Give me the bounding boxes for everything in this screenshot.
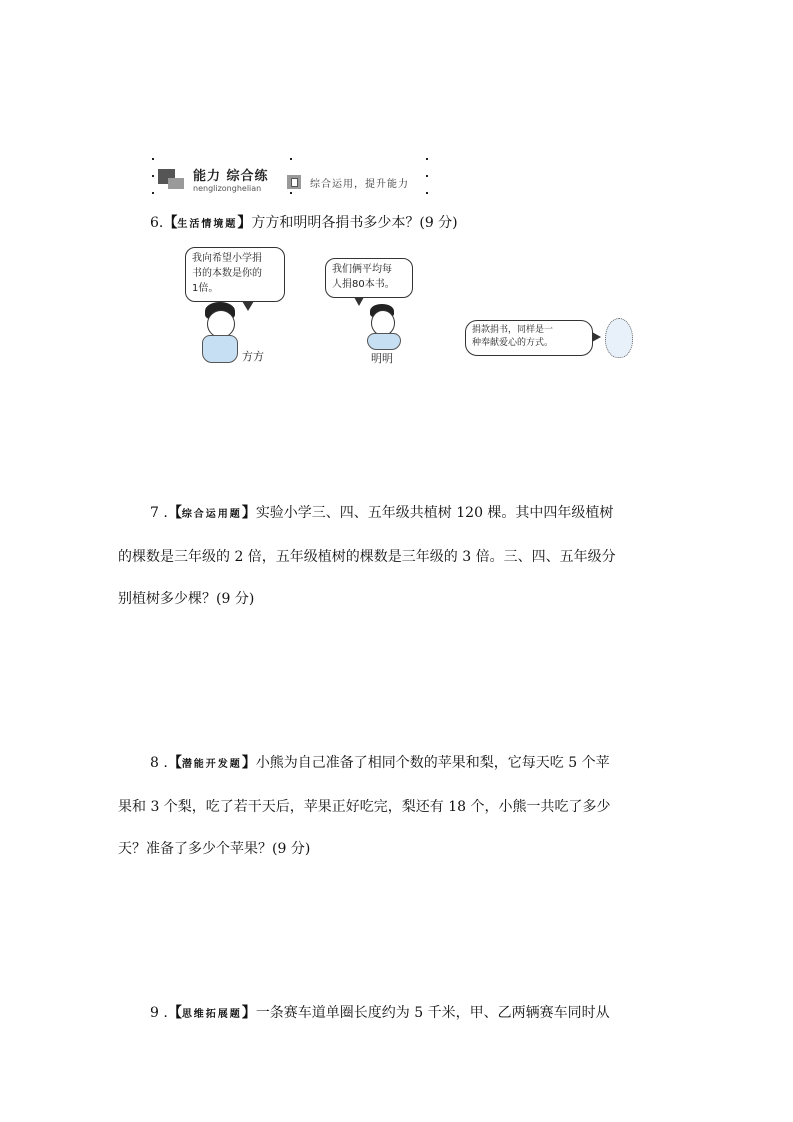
question-number: 6. xyxy=(150,215,163,231)
speech-bubble-mingming: 我们俩平均每 人捐80本书。 xyxy=(325,258,413,298)
corner-dot xyxy=(290,192,292,194)
speech-line: 我们俩平均每 xyxy=(332,262,406,277)
banner-subtitle: 综合运用，提升能力 xyxy=(310,175,409,190)
question-6: 6.【生活情境题】方方和明明各捐书多少本？(9 分) xyxy=(150,212,458,232)
question-8-line-2: 果和 3 个梨，吃了若干天后，苹果正好吃完，梨还有 18 个，小熊一共吃了多少 xyxy=(118,796,611,816)
speech-line: 我向希望小学捐 xyxy=(192,251,278,266)
speech-line: 人捐80本书。 xyxy=(332,277,406,292)
banner-title: 能力 综合练 xyxy=(193,165,269,184)
speech-bubble-fangfang: 我向希望小学捐 书的本数是你的 1倍。 xyxy=(185,247,285,302)
question-text: 一条赛车道单圈长度约为 5 千米，甲、乙两辆赛车同时从 xyxy=(256,1005,610,1021)
corner-dot xyxy=(426,158,428,160)
question-8-line-3: 天？准备了多少个苹果？(9 分) xyxy=(118,838,310,858)
banner-pinyin: nenglizonghelian xyxy=(193,184,261,193)
question-number: 8 . xyxy=(150,755,168,771)
corner-dot xyxy=(152,175,154,177)
name-label-fangfang: 方方 xyxy=(242,348,264,364)
speech-bubble-mascot: 捐款捐书，同样是一 种奉献爱心的方式。 xyxy=(465,320,593,356)
question-text: 方方和明明各捐书多少本？(9 分) xyxy=(251,215,457,231)
banner-logo-icon-accent xyxy=(168,178,184,189)
question-text: 实验小学三、四、五年级共植树 120 棵。其中四年级植树 xyxy=(256,505,614,521)
corner-dot xyxy=(152,158,154,160)
question-8: 8 .【潜能开发题】小熊为自己准备了相同个数的苹果和梨，它每天吃 5 个苹 xyxy=(150,752,610,772)
head xyxy=(207,310,235,338)
speech-line: 捐款捐书，同样是一 xyxy=(472,324,586,337)
bubble-tail xyxy=(354,297,364,306)
question-tag: 生活情境题 xyxy=(177,219,237,230)
question-number: 9 . xyxy=(150,1005,168,1021)
shirt xyxy=(367,333,401,350)
speech-line: 种奉献爱心的方式。 xyxy=(472,337,586,350)
bubble-tail xyxy=(592,332,601,342)
name-label-mingming: 明明 xyxy=(371,350,393,366)
question-9: 9 .【思维拓展题】一条赛车道单圈长度约为 5 千米，甲、乙两辆赛车同时从 xyxy=(150,1002,610,1022)
shirt xyxy=(202,335,238,363)
corner-dot xyxy=(426,192,428,194)
bubble-tail xyxy=(242,301,254,311)
corner-dot xyxy=(426,175,428,177)
mascot-drop-icon xyxy=(605,318,633,358)
section-banner: 能力 综合练 nenglizonghelian 综合运用，提升能力 xyxy=(150,158,430,194)
question-7: 7 .【综合运用题】实验小学三、四、五年级共植树 120 棵。其中四年级植树 xyxy=(150,502,613,522)
speech-line: 书的本数是你的 xyxy=(192,266,278,281)
question-tag: 思维拓展题 xyxy=(182,1009,242,1020)
corner-dot xyxy=(290,158,292,160)
question-tag: 综合运用题 xyxy=(182,509,242,520)
speech-line: 1倍。 xyxy=(192,281,278,296)
banner-square-icon xyxy=(287,175,301,189)
question-tag: 潜能开发题 xyxy=(182,759,242,770)
corner-dot xyxy=(152,192,154,194)
question-7-line-2: 的棵数是三年级的 2 倍，五年级植树的棵数是三年级的 3 倍。三、四、五年级分 xyxy=(118,546,616,566)
question-text: 小熊为自己准备了相同个数的苹果和梨，它每天吃 5 个苹 xyxy=(256,755,610,771)
question-7-line-3: 别植树多少棵？(9 分) xyxy=(118,588,254,608)
question-number: 7 . xyxy=(150,505,168,521)
illustration: 我向希望小学捐 书的本数是你的 1倍。 方方 我们俩平均每 人捐80本书。 明明… xyxy=(180,240,650,370)
